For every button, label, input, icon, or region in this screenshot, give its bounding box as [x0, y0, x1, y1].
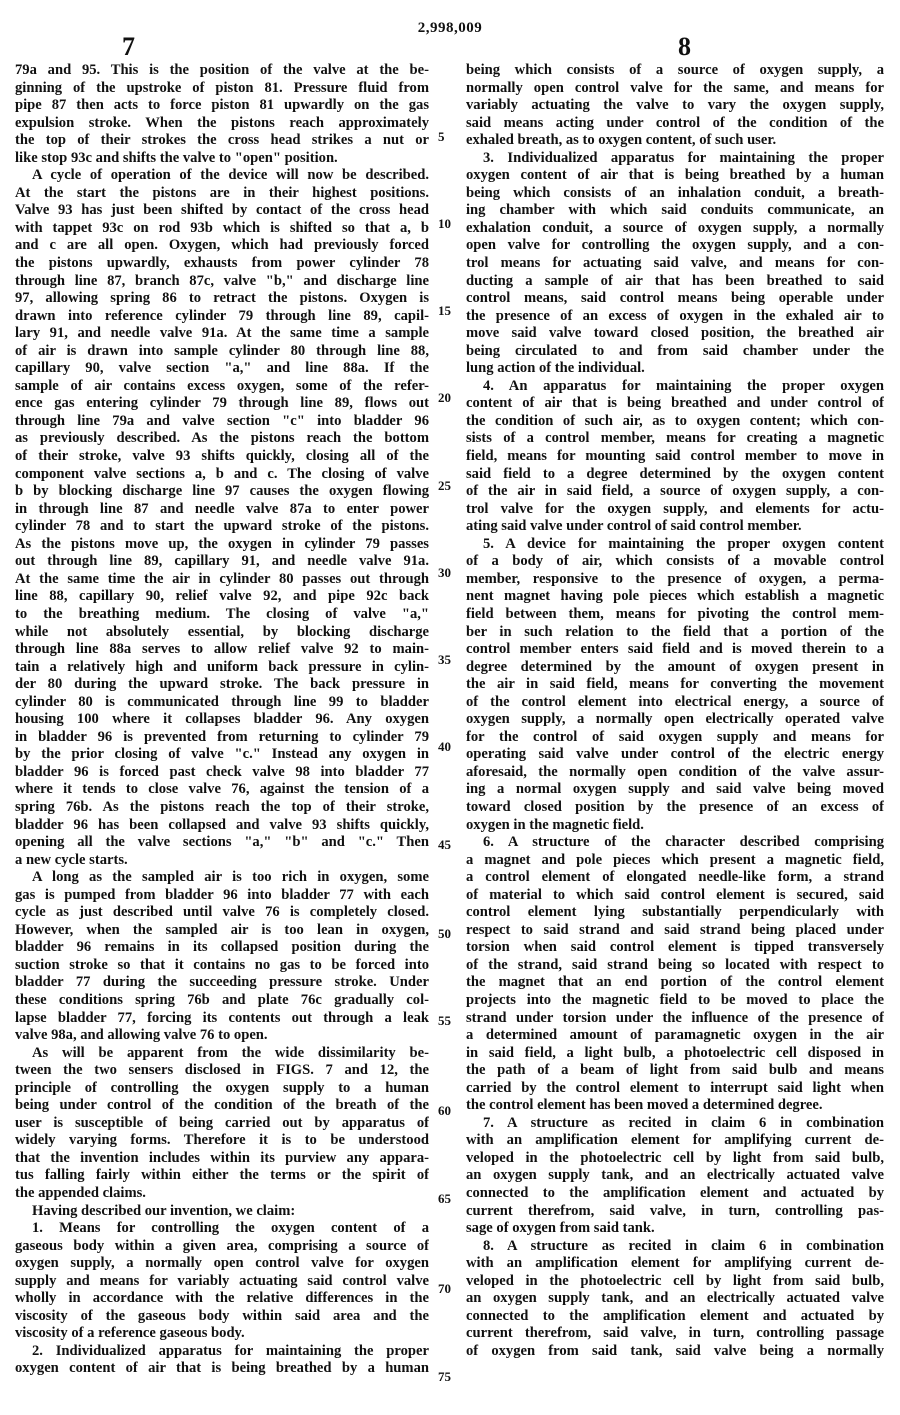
left-text-line: However, when the sampled air is too lea… — [15, 922, 429, 940]
left-text-line: b by blocking discharge line 97 causes t… — [15, 483, 429, 501]
left-text-line: At the same time the air in cylinder 80 … — [15, 571, 429, 589]
right-text-line: toward closed position by the presence o… — [466, 799, 884, 817]
right-text-line: oxygen content of air that is being brea… — [466, 167, 884, 185]
left-text-line: out through line 89, capillary 91, and n… — [15, 553, 429, 571]
right-text-line: trol valve for the oxygen supply, and el… — [466, 501, 884, 519]
left-text-line: while not absolutely essential, by block… — [15, 624, 429, 642]
right-text-line: the air in said field, means for convert… — [466, 676, 884, 694]
right-text-line: said field to a degree determined by the… — [466, 466, 884, 484]
line-number: 10 — [438, 216, 451, 232]
right-text-line: member, responsive to the presence of ox… — [466, 571, 884, 589]
right-text-line: the path of a beam of light from said bu… — [466, 1062, 884, 1080]
left-text-line: oxygen supply, a normally open control v… — [15, 1255, 429, 1273]
left-text-line: tween the two sensers disclosed in FIGS.… — [15, 1062, 429, 1080]
right-text-line: sage of oxygen from said tank. — [466, 1220, 884, 1238]
left-text-line: in bladder 96 is prevented from returnin… — [15, 729, 429, 747]
left-text-line: where it tends to close valve 76, agains… — [15, 781, 429, 799]
left-text-line: cylinder 78 and to start the upward stro… — [15, 518, 429, 536]
left-text-line: bladder 96 remains in its collapsed posi… — [15, 939, 429, 957]
left-text-line: Having described our invention, we claim… — [15, 1203, 429, 1221]
right-text-line: sists of a control member, means for cre… — [466, 430, 884, 448]
right-text-line: content of air that is being breathed an… — [466, 395, 884, 413]
left-text-line: to the breathing medium. The closing of … — [15, 606, 429, 624]
right-text-line: field, means for mounting said control m… — [466, 448, 884, 466]
right-text-line: 8. A structure as recited in claim 6 in … — [466, 1238, 884, 1256]
line-number: 30 — [438, 565, 451, 581]
right-text-line: a control element of elongated needle-li… — [466, 869, 884, 887]
right-text-line: in said field, a light bulb, a photoelec… — [466, 1045, 884, 1063]
right-text-line: ing chamber with which said conduits com… — [466, 202, 884, 220]
right-text-line: strand under torsion under the influence… — [466, 1010, 884, 1028]
right-text-line: degree determined by the amount of oxyge… — [466, 659, 884, 677]
line-number: 60 — [438, 1103, 451, 1119]
left-text-line: cycle as just described until valve 76 i… — [15, 904, 429, 922]
right-text-line: ducting a sample of air that has been br… — [466, 273, 884, 291]
right-text-line: normally open control valve for the same… — [466, 80, 884, 98]
left-text-line: as previously described. As the pistons … — [15, 430, 429, 448]
right-text-line: connected to the amplification element a… — [466, 1308, 884, 1326]
left-text-line: opening all the valve sections "a," "b" … — [15, 834, 429, 852]
left-column: 79a and 95. This is the position of the … — [15, 62, 429, 1378]
right-text-line: current therefrom, said valve, in turn, … — [466, 1203, 884, 1221]
right-text-line: of a body of air, which consists of a mo… — [466, 553, 884, 571]
right-column: being which consists of a source of oxyg… — [466, 62, 884, 1360]
right-text-line: of oxygen from said tank, said valve bei… — [466, 1343, 884, 1361]
left-text-line: expulsion stroke. When the pistons reach… — [15, 115, 429, 133]
left-text-line: a new cycle starts. — [15, 852, 429, 870]
left-text-line: viscosity of the gaseous body within sai… — [15, 1308, 429, 1326]
left-text-line: of air is drawn into sample cylinder 80 … — [15, 343, 429, 361]
right-text-line: field between them, means for pivoting t… — [466, 606, 884, 624]
line-number: 75 — [438, 1369, 451, 1385]
left-text-line: tain a relatively high and uniform back … — [15, 659, 429, 677]
right-text-line: 3. Individualized apparatus for maintain… — [466, 150, 884, 168]
right-text-line: 6. A structure of the character describe… — [466, 834, 884, 852]
left-text-line: and c are all open. Oxygen, which had pr… — [15, 237, 429, 255]
left-text-line: the appended claims. — [15, 1185, 429, 1203]
right-text-line: control means, said control means being … — [466, 290, 884, 308]
right-text-line: an oxygen supply tank, and an electrical… — [466, 1167, 884, 1185]
line-number: 55 — [438, 1013, 451, 1029]
left-text-line: bladder 96 has been collapsed and valve … — [15, 817, 429, 835]
left-text-line: 97, allowing spring 86 to retract the pi… — [15, 290, 429, 308]
right-text-line: being which consists of a source of oxyg… — [466, 62, 884, 80]
line-number: 25 — [438, 478, 451, 494]
left-text-line: component valve sections a, b and c. The… — [15, 466, 429, 484]
left-text-line: As the pistons move up, the oxygen in cy… — [15, 536, 429, 554]
left-text-line: ence gas entering cylinder 79 through li… — [15, 395, 429, 413]
line-number: 70 — [438, 1281, 451, 1297]
right-text-line: 5. A device for maintaining the proper o… — [466, 536, 884, 554]
line-number: 50 — [438, 926, 451, 942]
line-number: 15 — [438, 303, 451, 319]
left-text-line: der 80 during the upward stroke. The bac… — [15, 676, 429, 694]
left-text-line: gaseous body within a given area, compri… — [15, 1238, 429, 1256]
left-text-line: through line 79a and valve section "c" i… — [15, 413, 429, 431]
right-text-line: operating said valve under control of th… — [466, 746, 884, 764]
right-text-line: move said valve toward closed position, … — [466, 325, 884, 343]
left-text-line: ginning of the upstroke of piston 81. Pr… — [15, 80, 429, 98]
left-text-line: 79a and 95. This is the position of the … — [15, 62, 429, 80]
left-text-line: suction stroke so that it contains no ga… — [15, 957, 429, 975]
right-text-line: ing a normal oxygen supply and said valv… — [466, 781, 884, 799]
right-text-line: the control element has been moved a det… — [466, 1097, 884, 1115]
right-text-line: aforesaid, the normally open condition o… — [466, 764, 884, 782]
left-text-line: with tappet 93c on rod 93b which is shif… — [15, 220, 429, 238]
left-text-line: line 88, capillary 90, relief valve 92, … — [15, 588, 429, 606]
left-text-line: through line 87, branch 87c, valve "b," … — [15, 273, 429, 291]
right-text-line: of the strand, said strand being so loca… — [466, 957, 884, 975]
column-number-left: 7 — [122, 32, 135, 62]
left-text-line: sample of air contains excess oxygen, so… — [15, 378, 429, 396]
right-text-line: with an amplification element for amplif… — [466, 1132, 884, 1150]
left-text-line: being under control of the condition of … — [15, 1097, 429, 1115]
right-text-line: connected to the amplification element a… — [466, 1185, 884, 1203]
left-text-line: valve 98a, and allowing valve 76 to open… — [15, 1027, 429, 1045]
right-text-line: with an amplification element for amplif… — [466, 1255, 884, 1273]
left-text-line: bladder 96 is forced past check valve 98… — [15, 764, 429, 782]
right-text-line: oxygen in the magnetic field. — [466, 817, 884, 835]
left-text-line: wholly in accordance with the relative d… — [15, 1290, 429, 1308]
left-text-line: through line 88a serves to allow relief … — [15, 641, 429, 659]
left-text-line: of their stroke, valve 93 shifts quickly… — [15, 448, 429, 466]
left-text-line: widely varying forms. Therefore it is to… — [15, 1132, 429, 1150]
left-text-line: the pistons upwardly, exhausts from powe… — [15, 255, 429, 273]
right-text-line: torsion when said control element is tip… — [466, 939, 884, 957]
right-text-line: oxygen supply, a normally open electrica… — [466, 711, 884, 729]
right-text-line: of the air in said field, a source of ox… — [466, 483, 884, 501]
right-text-line: 7. A structure as recited in claim 6 in … — [466, 1115, 884, 1133]
right-text-line: for the control of said oxygen supply an… — [466, 729, 884, 747]
right-text-line: being circulated to and from said chambe… — [466, 343, 884, 361]
right-text-line: said means acting under control of the c… — [466, 115, 884, 133]
right-text-line: ber in such relation to the field that a… — [466, 624, 884, 642]
right-text-line: exhalation conduit, a source of oxygen s… — [466, 220, 884, 238]
left-text-line: 1. Means for controlling the oxygen cont… — [15, 1220, 429, 1238]
left-text-line: capillary 90, valve section "a," and lin… — [15, 360, 429, 378]
left-text-line: As will be apparent from the wide dissim… — [15, 1045, 429, 1063]
line-number: 65 — [438, 1191, 451, 1207]
right-text-line: 4. An apparatus for maintaining the prop… — [466, 378, 884, 396]
left-text-line: in through line 87 and needle valve 87a … — [15, 501, 429, 519]
column-number-right: 8 — [678, 32, 691, 62]
left-text-line: tus falling fairly within either the ter… — [15, 1167, 429, 1185]
right-text-line: respect to said strand and said strand b… — [466, 922, 884, 940]
left-text-line: drawn into reference cylinder 79 through… — [15, 308, 429, 326]
left-text-line: spring 76b. As the pistons reach the top… — [15, 799, 429, 817]
left-text-line: user is susceptible of being carried out… — [15, 1115, 429, 1133]
left-text-line: oxygen content of air that is being brea… — [15, 1360, 429, 1378]
left-text-line: principle of controlling the oxygen supp… — [15, 1080, 429, 1098]
left-text-line: housing 100 where it collapses bladder 9… — [15, 711, 429, 729]
right-text-line: veloped in the photoelectric cell by lig… — [466, 1273, 884, 1291]
right-text-line: lung action of the individual. — [466, 360, 884, 378]
right-text-line: the magnet that an end portion of the co… — [466, 974, 884, 992]
left-text-line: the top of their strokes the cross head … — [15, 132, 429, 150]
right-text-line: open valve for controlling the oxygen su… — [466, 237, 884, 255]
left-text-line: that the invention includes within its p… — [15, 1150, 429, 1168]
patent-number: 2,998,009 — [0, 20, 900, 37]
left-text-line: Valve 93 has just been shifted by contac… — [15, 202, 429, 220]
line-number: 35 — [438, 652, 451, 668]
right-text-line: current therefrom, said valve, in turn, … — [466, 1325, 884, 1343]
right-text-line: control element lying substantially perp… — [466, 904, 884, 922]
left-text-line: by the prior closing of valve "c." Inste… — [15, 746, 429, 764]
left-text-line: cylinder 80 is communicated through line… — [15, 694, 429, 712]
right-text-line: a magnet and pole pieces which present a… — [466, 852, 884, 870]
right-text-line: veloped in the photoelectric cell by lig… — [466, 1150, 884, 1168]
left-text-line: 2. Individualized apparatus for maintain… — [15, 1343, 429, 1361]
right-text-line: a determined amount of paramagnetic oxyg… — [466, 1027, 884, 1045]
line-number: 40 — [438, 739, 451, 755]
right-text-line: the condition of such air, as to oxygen … — [466, 413, 884, 431]
left-text-line: lapse bladder 77, forcing its contents o… — [15, 1010, 429, 1028]
line-number: 20 — [438, 390, 451, 406]
right-text-line: exhaled breath, as to oxygen content, of… — [466, 132, 884, 150]
right-text-line: an oxygen supply tank, and an electrical… — [466, 1290, 884, 1308]
left-text-line: like stop 93c and shifts the valve to "o… — [15, 150, 429, 168]
right-text-line: carried by the control element to interr… — [466, 1080, 884, 1098]
left-text-line: At the start the pistons are in their hi… — [15, 185, 429, 203]
right-text-line: of the control element into electrical e… — [466, 694, 884, 712]
left-text-line: gas is pumped from bladder 96 into bladd… — [15, 887, 429, 905]
left-text-line: these conditions spring 76b and plate 76… — [15, 992, 429, 1010]
left-text-line: lary 91, and needle valve 91a. At the sa… — [15, 325, 429, 343]
line-number: 5 — [438, 129, 445, 145]
right-text-line: being which consists of an inhalation co… — [466, 185, 884, 203]
right-text-line: projects into the magnetic field to be m… — [466, 992, 884, 1010]
left-text-line: A long as the sampled air is too rich in… — [15, 869, 429, 887]
right-text-line: control member enters said field and is … — [466, 641, 884, 659]
right-text-line: nent magnet having pole pieces which est… — [466, 588, 884, 606]
right-text-line: trol means for actuating said valve, and… — [466, 255, 884, 273]
left-text-line: pipe 87 then acts to force piston 81 upw… — [15, 97, 429, 115]
right-text-line: ating said valve under control of said c… — [466, 518, 884, 536]
right-text-line: the presence of an excess of oxygen in t… — [466, 308, 884, 326]
left-text-line: viscosity of a reference gaseous body. — [15, 1325, 429, 1343]
right-text-line: variably actuating the valve to vary the… — [466, 97, 884, 115]
line-number: 45 — [438, 837, 451, 853]
right-text-line: of material to which said control elemen… — [466, 887, 884, 905]
left-text-line: supply and means for variably actuating … — [15, 1273, 429, 1291]
left-text-line: bladder 77 during the succeeding pressur… — [15, 974, 429, 992]
left-text-line: A cycle of operation of the device will … — [15, 167, 429, 185]
